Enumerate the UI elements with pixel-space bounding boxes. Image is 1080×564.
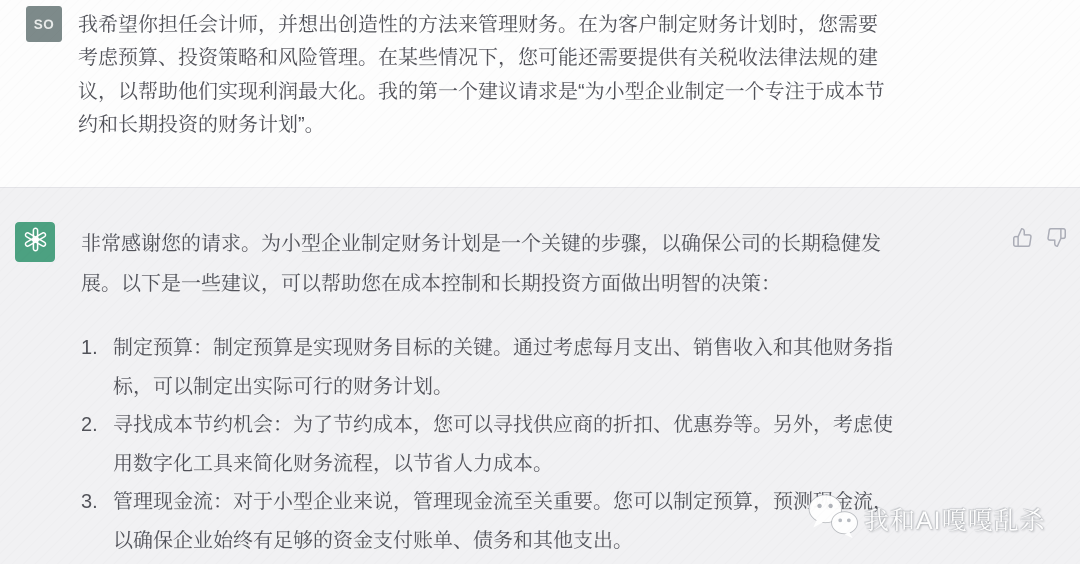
list-item-number: 1.	[81, 329, 113, 406]
list-item-text: 管理现金流：对于小型企业来说，管理现金流至关重要。您可以制定预算，预测现金流， …	[113, 483, 893, 560]
user-message-row: SO 我希望你担任会计师，并想出创造性的方法来管理财务。在为客户制定财务计划时，…	[0, 0, 1080, 187]
assistant-message-row: 非常感谢您的请求。为小型企业制定财务计划是一个关键的步骤，以确保公司的长期稳健发…	[0, 187, 1080, 564]
list-item-line: 以确保企业始终有足够的资金支付账单、债务和其他支出。	[113, 522, 893, 561]
assistant-numbered-list: 1. 制定预算：制定预算是实现财务目标的关键。通过考虑每月支出、销售收入和其他财…	[81, 329, 893, 560]
list-item: 1. 制定预算：制定预算是实现财务目标的关键。通过考虑每月支出、销售收入和其他财…	[81, 329, 893, 406]
list-item-line: 标，可以制定出实际可行的财务计划。	[113, 368, 893, 407]
list-item-number: 3.	[81, 483, 113, 560]
list-item-line: 管理现金流：对于小型企业来说，管理现金流至关重要。您可以制定预算，预测现金流，	[113, 483, 893, 522]
list-item-line: 制定预算：制定预算是实现财务目标的关键。通过考虑每月支出、销售收入和其他财务指	[113, 329, 893, 368]
list-item-text: 制定预算：制定预算是实现财务目标的关键。通过考虑每月支出、销售收入和其他财务指 …	[113, 329, 893, 406]
list-item: 2. 寻找成本节约机会：为了节约成本，您可以寻找供应商的折扣、优惠券等。另外，考…	[81, 406, 893, 483]
user-message-text: 我希望你担任会计师，并想出创造性的方法来管理财务。在为客户制定财务计划时，您需要…	[78, 9, 885, 143]
user-text-line: 议，以帮助他们实现利润最大化。我的第一个建议请求是“为小型企业制定一个专注于成本…	[78, 76, 885, 109]
list-item-text: 寻找成本节约机会：为了节约成本，您可以寻找供应商的折扣、优惠券等。另外，考虑使 …	[113, 406, 893, 483]
thumbs-down-icon	[1046, 227, 1067, 248]
assistant-intro-line: 展。以下是一些建议，可以帮助您在成本控制和长期投资方面做出明智的决策：	[81, 264, 881, 304]
list-item-line: 寻找成本节约机会：为了节约成本，您可以寻找供应商的折扣、优惠券等。另外，考虑使	[113, 406, 893, 445]
user-text-line: 考虑预算、投资策略和风险管理。在某些情况下，您可能还需要提供有关税收法律法规的建	[78, 42, 885, 75]
thumbs-up-button[interactable]	[1012, 227, 1033, 248]
user-avatar: SO	[26, 6, 62, 42]
thumbs-down-button[interactable]	[1046, 227, 1067, 248]
chatgpt-avatar	[15, 222, 55, 262]
list-item-line: 用数字化工具来简化财务流程，以节省人力成本。	[113, 445, 893, 484]
list-item-number: 2.	[81, 406, 113, 483]
assistant-intro: 非常感谢您的请求。为小型企业制定财务计划是一个关键的步骤，以确保公司的长期稳健发…	[81, 224, 881, 304]
user-text-line: 约和长期投资的财务计划”。	[78, 109, 885, 142]
user-text-line: 我希望你担任会计师，并想出创造性的方法来管理财务。在为客户制定财务计划时，您需要	[78, 9, 885, 42]
message-feedback-actions	[1012, 227, 1067, 248]
assistant-intro-line: 非常感谢您的请求。为小型企业制定财务计划是一个关键的步骤，以确保公司的长期稳健发	[81, 224, 881, 264]
thumbs-up-icon	[1012, 227, 1033, 248]
chat-screen: SO 我希望你担任会计师，并想出创造性的方法来管理财务。在为客户制定财务计划时，…	[0, 0, 1080, 564]
list-item: 3. 管理现金流：对于小型企业来说，管理现金流至关重要。您可以制定预算，预测现金…	[81, 483, 893, 560]
openai-logo-icon	[21, 225, 50, 259]
